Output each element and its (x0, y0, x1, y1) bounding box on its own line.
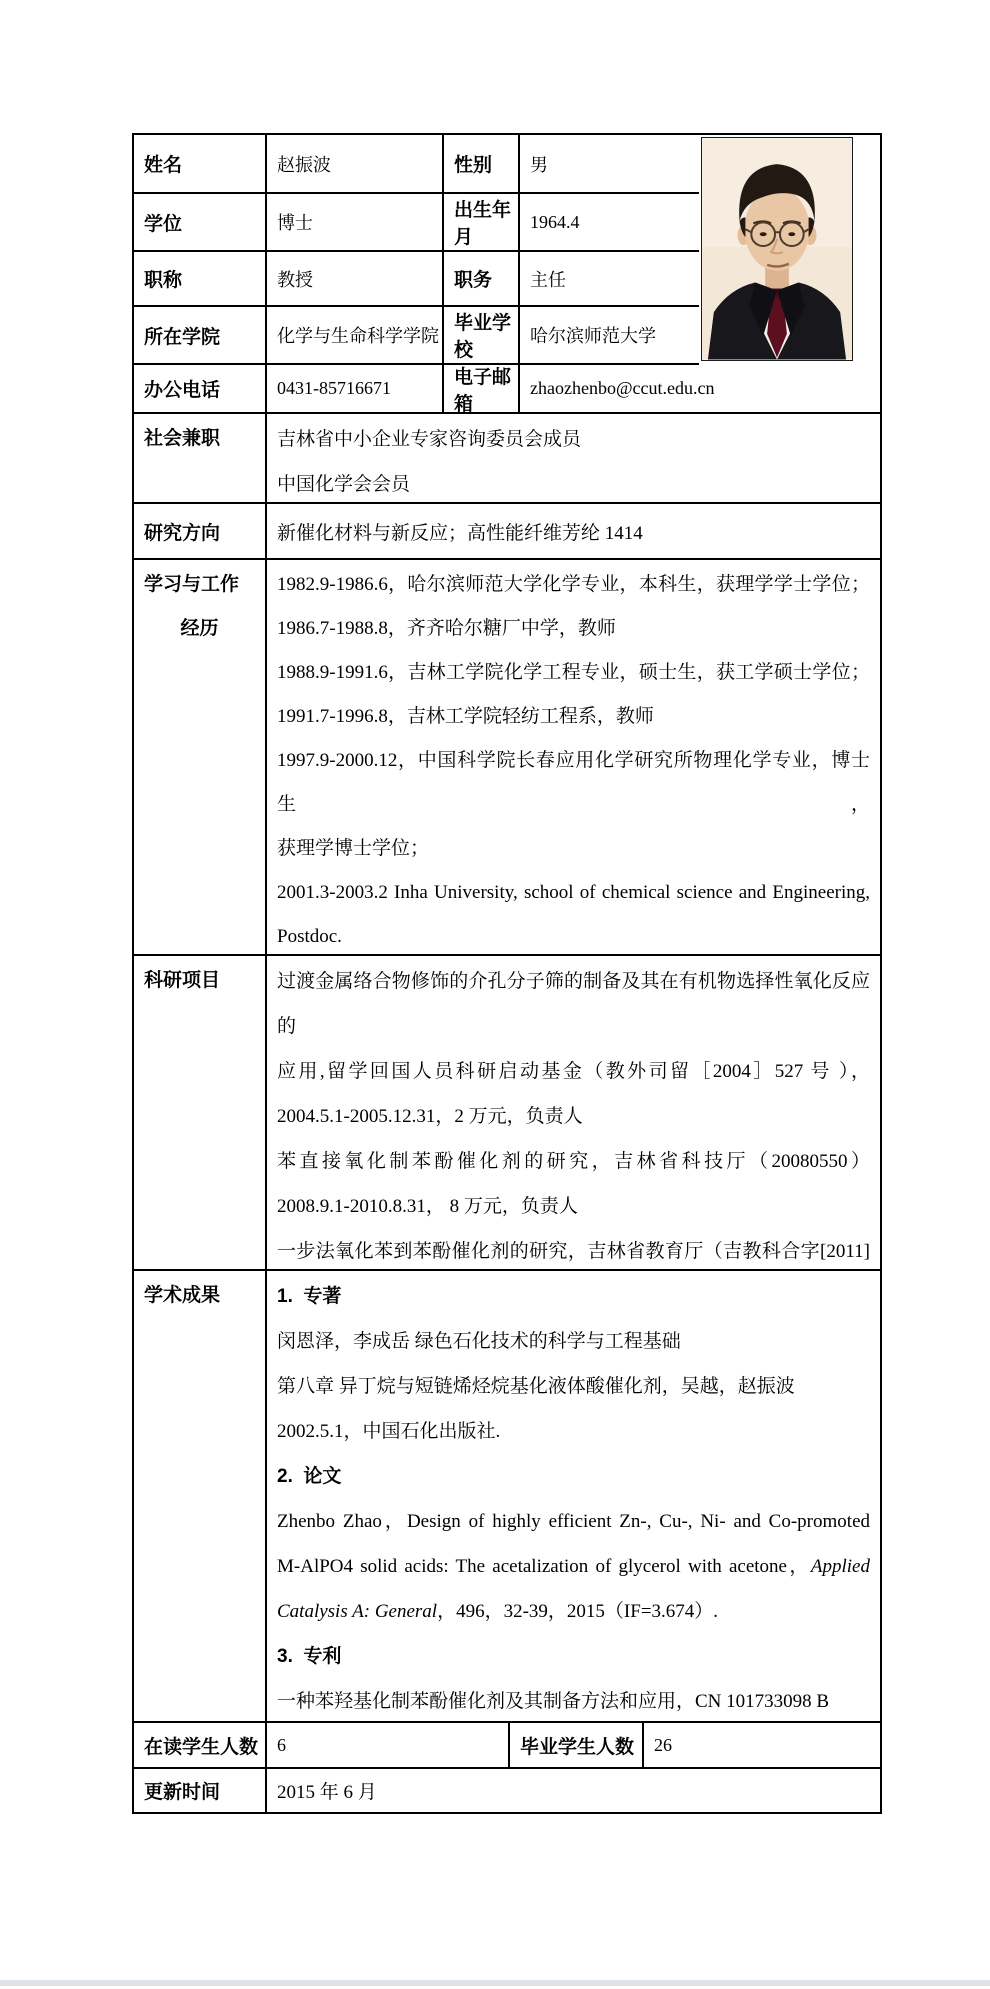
birth-label: 出生年月 (444, 194, 520, 250)
title-label: 职称 (134, 252, 267, 305)
text-line: 3. 专利 (277, 1634, 870, 1679)
gender-value: 男 (520, 135, 699, 192)
row-social: 社会兼职 吉林省中小企业专家咨询委员会成员中国化学会会员 (134, 414, 880, 504)
experience-label: 学习与工作 经历 (134, 560, 267, 954)
graduated-students-value: 26 (644, 1723, 880, 1767)
text-line: 吉林省中小企业专家咨询委员会成员 (277, 417, 870, 462)
achievements-label: 学术成果 (134, 1271, 267, 1721)
text-line: 中国化学会会员 (277, 462, 870, 502)
updated-label: 更新时间 (134, 1769, 267, 1812)
grad-school-label: 毕业学校 (444, 307, 520, 363)
duty-label: 职务 (444, 252, 520, 305)
text-line: Postdoc. (277, 915, 870, 954)
top-left-grid: 姓名 赵振波 性别 男 学位 博士 出生年月 1964.4 职称 教授 职务 主… (134, 135, 699, 365)
name-label: 姓名 (134, 135, 267, 192)
text-line: 1986.7-1988.8，齐齐哈尔糖厂中学，教师 (277, 607, 870, 651)
email-label: 电子邮箱 (444, 365, 520, 412)
direction-label: 研究方向 (134, 504, 267, 558)
text-line: 一步法氧化苯到苯酚催化剂的研究，吉林省教育厅（吉教科合字[2011]第 91 (277, 1229, 870, 1269)
phone-value: 0431-85716671 (267, 365, 444, 412)
experience-lines: 1982.9-1986.6，哈尔滨师范大学化学专业，本科生，获理学学士学位；19… (267, 560, 880, 954)
phone-label: 办公电话 (134, 365, 267, 412)
text-line: 应用,留学回国人员科研启动基金（教外司留［2004］527 号 ）， (277, 1049, 870, 1094)
text-line: 苯直接氧化制苯酚催化剂的研究，吉林省科技厅（20080550） (277, 1139, 870, 1184)
text-line: 过渡金属络合物修饰的介孔分子筛的制备及其在有机物选择性氧化反应的 (277, 959, 870, 1049)
text-line: 1988.9-1991.6，吉林工学院化学工程专业，硕士生，获工学硕士学位； (277, 651, 870, 695)
page-bottom-edge (0, 1980, 990, 1986)
faculty-profile-table: 姓名 赵振波 性别 男 学位 博士 出生年月 1964.4 职称 教授 职务 主… (132, 133, 882, 1814)
gender-label: 性别 (444, 135, 520, 192)
photo-cell (699, 135, 880, 365)
text-line: 1. 专著 (277, 1274, 870, 1319)
text-line: 2004.5.1-2005.12.31，2 万元，负责人 (277, 1094, 870, 1139)
direction-value: 新催化材料与新反应；高性能纤维芳纶 1414 (267, 504, 880, 558)
updated-value: 2015 年 6 月 (267, 1769, 880, 1812)
text-line: Catalysis A: General，496，32-39，2015（IF=3… (277, 1589, 870, 1634)
text-line: 第八章 异丁烷与短链烯烃烷基化液体酸催化剂，吴越，赵振波 (277, 1364, 870, 1409)
text-line: 1982.9-1986.6，哈尔滨师范大学化学专业，本科生，获理学学士学位； (277, 563, 870, 607)
title-value: 教授 (267, 252, 444, 305)
college-value: 化学与生命科学学院 (267, 307, 444, 363)
text-line: 一种苯羟基化制苯酚催化剂及其制备方法和应用，CN 101733098 B (277, 1679, 870, 1721)
text-line: 2008.9.1-2010.8.31， 8 万元，负责人 (277, 1184, 870, 1229)
projects-lines: 过渡金属络合物修饰的介孔分子筛的制备及其在有机物选择性氧化反应的应用,留学回国人… (267, 956, 880, 1269)
current-students-label: 在读学生人数 (134, 1723, 267, 1767)
text-line: 闵恩泽，李成岳 绿色石化技术的科学与工程基础 (277, 1319, 870, 1364)
duty-value: 主任 (520, 252, 699, 305)
row-title-duty: 职称 教授 职务 主任 (134, 252, 699, 307)
text-line: 获理学博士学位； (277, 827, 870, 871)
row-name-gender: 姓名 赵振波 性别 男 (134, 135, 699, 194)
row-achievements: 学术成果 1. 专著闵恩泽，李成岳 绿色石化技术的科学与工程基础第八章 异丁烷与… (134, 1271, 880, 1723)
degree-value: 博士 (267, 194, 444, 250)
row-students: 在读学生人数 6 毕业学生人数 26 (134, 1723, 880, 1769)
college-label: 所在学院 (134, 307, 267, 363)
row-projects: 科研项目 过渡金属络合物修饰的介孔分子筛的制备及其在有机物选择性氧化反应的应用,… (134, 956, 880, 1271)
top-section: 姓名 赵振波 性别 男 学位 博士 出生年月 1964.4 职称 教授 职务 主… (134, 135, 880, 365)
text-line: 1991.7-1996.8，吉林工学院轻纺工程系，教师 (277, 695, 870, 739)
text-line: 2002.5.1，中国石化出版社. (277, 1409, 870, 1454)
text-line: Zhenbo Zhao，Design of highly efficient Z… (277, 1499, 870, 1544)
row-experience: 学习与工作 经历 1982.9-1986.6，哈尔滨师范大学化学专业，本科生，获… (134, 560, 880, 956)
profile-photo (701, 137, 853, 361)
row-college-school: 所在学院 化学与生命科学学院 毕业学校 哈尔滨师范大学 (134, 307, 699, 365)
text-line: M-AlPO4 solid acids: The acetalization o… (277, 1544, 870, 1589)
row-degree-birth: 学位 博士 出生年月 1964.4 (134, 194, 699, 252)
text-line: 2. 论文 (277, 1454, 870, 1499)
birth-value: 1964.4 (520, 194, 699, 250)
name-value: 赵振波 (267, 135, 444, 192)
achievements-lines: 1. 专著闵恩泽，李成岳 绿色石化技术的科学与工程基础第八章 异丁烷与短链烯烃烷… (267, 1271, 880, 1721)
degree-label: 学位 (134, 194, 267, 250)
social-lines: 吉林省中小企业专家咨询委员会成员中国化学会会员 (267, 414, 880, 502)
text-line: 1997.9-2000.12，中国科学院长春应用化学研究所物理化学专业，博士生， (277, 739, 870, 827)
social-label: 社会兼职 (134, 414, 267, 502)
row-phone-email: 办公电话 0431-85716671 电子邮箱 zhaozhenbo@ccut.… (134, 365, 880, 414)
row-research-direction: 研究方向 新催化材料与新反应；高性能纤维芳纶 1414 (134, 504, 880, 560)
grad-school-value: 哈尔滨师范大学 (520, 307, 699, 363)
document-page: 姓名 赵振波 性别 男 学位 博士 出生年月 1964.4 职称 教授 职务 主… (0, 0, 990, 1989)
current-students-value: 6 (267, 1723, 510, 1767)
graduated-students-label: 毕业学生人数 (510, 1723, 644, 1767)
row-updated: 更新时间 2015 年 6 月 (134, 1769, 880, 1812)
projects-label: 科研项目 (134, 956, 267, 1269)
text-line: 2001.3-2003.2 Inha University, school of… (277, 871, 870, 915)
email-value: zhaozhenbo@ccut.edu.cn (520, 365, 880, 412)
